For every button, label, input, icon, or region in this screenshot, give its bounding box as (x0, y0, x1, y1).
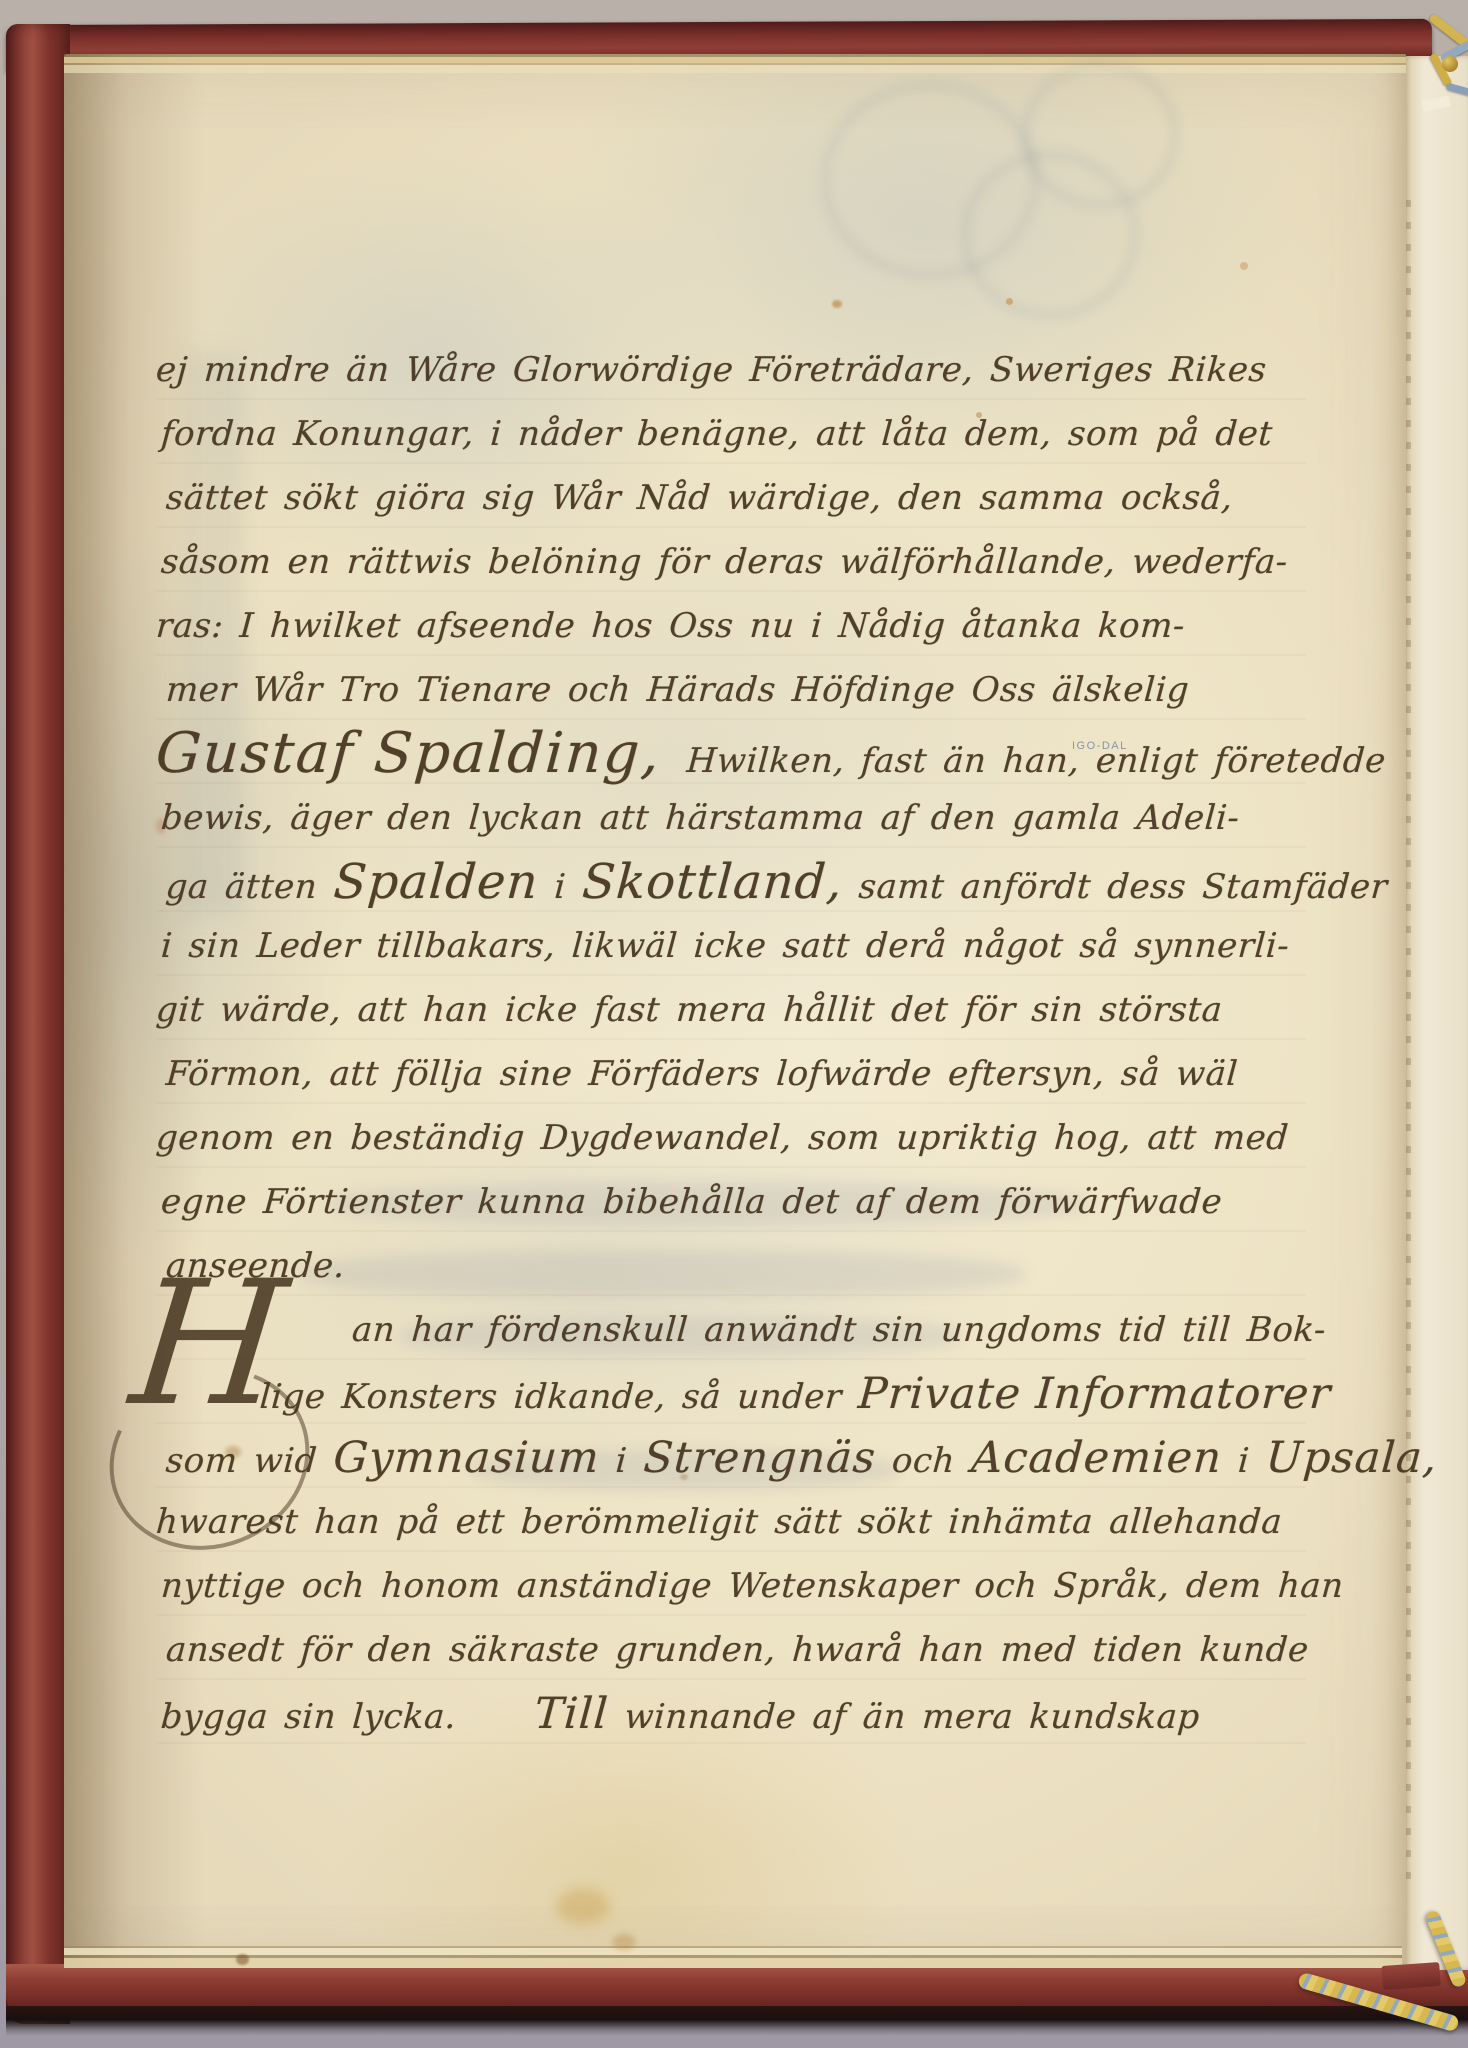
text-segment: fordna Konungar, i nåder benägne, att lå… (160, 414, 1274, 454)
stain (1240, 262, 1248, 270)
text-segment: Strengnäs (642, 1433, 878, 1483)
stain (236, 1954, 249, 1965)
text-segment: Hwilken, fast än han, enligt företedde (669, 741, 1387, 781)
text-segment: Private Informatorer (856, 1369, 1332, 1419)
text-segment: Gymnasium (332, 1433, 602, 1483)
manuscript-line: fordna Konungar, i nåder benägne, att lå… (154, 402, 1308, 466)
bleedthrough-ornament (1020, 60, 1180, 210)
text-segment: Gustaf Spalding, (154, 721, 673, 786)
text-segment: i (1220, 1441, 1267, 1481)
text-segment: i (537, 867, 584, 907)
text-segment: ansedt för den säkraste grunden, hwarå h… (165, 1630, 1310, 1670)
text-segment: genom en beständig Dygdewandel, som upri… (155, 1118, 1290, 1158)
stain (832, 300, 842, 308)
manuscript-line: an har fördenskull anwändt sin ungdoms t… (154, 1298, 1308, 1362)
text-segment: Skottland, (580, 854, 844, 910)
text-segment: Spalden (332, 854, 541, 910)
text-segment: ej mindre än Wåre Glorwördige Företrädar… (155, 350, 1268, 390)
text-segment: samt anfördt dess Stamfäder (841, 867, 1389, 907)
manuscript-line: ej mindre än Wåre Glorwördige Företrädar… (154, 338, 1308, 402)
marginalia-text: IGO-DAL (1072, 740, 1128, 752)
manuscript-line: Gustaf Spalding, Hwilken, fast än han, e… (154, 722, 1308, 786)
manuscript-line: såsom en rättwis belöning för deras wälf… (154, 530, 1308, 594)
stain (556, 1888, 610, 1924)
manuscript-line: ga ätten Spalden i Skottland, samt anför… (154, 850, 1308, 914)
manuscript-line: i sin Leder tillbakars, likwäl icke satt… (154, 914, 1308, 978)
manuscript-line: mer Wår Tro Tienare och Härads Höfdinge … (154, 658, 1308, 722)
manuscript-line: anseende. (154, 1234, 1308, 1298)
text-segment: sättet sökt giöra sig Wår Nåd wärdige, d… (165, 478, 1234, 518)
text-segment: bygga sin lycka. (159, 1697, 457, 1737)
text-segment: an har fördenskull anwändt sin ungdoms t… (351, 1310, 1328, 1350)
endband-knot (1442, 56, 1458, 72)
manuscript-line: egne Förtienster kunna bibehålla det af … (154, 1170, 1308, 1234)
manuscript-line: som wid Gymnasium i Strengnäs och Academ… (154, 1426, 1308, 1490)
manuscript-line: bewis, äger den lyckan att härstamma af … (154, 786, 1308, 850)
manuscript-page: ej mindre än Wåre Glorwördige Företrädar… (64, 54, 1406, 1968)
text-segment: såsom en rättwis belöning för deras wälf… (160, 542, 1289, 582)
text-segment: egne Förtienster kunna bibehålla det af … (160, 1182, 1224, 1222)
text-segment: bewis, äger den lyckan att härstamma af … (160, 798, 1241, 838)
book-bottom-shadow (6, 2006, 1468, 2036)
text-segment: Academien (970, 1433, 1224, 1483)
manuscript-line: nyttige och honom anständige Wetenskaper… (154, 1554, 1308, 1618)
text-segment: Till (533, 1689, 610, 1739)
text-segment: i sin Leder tillbakars, likwäl icke satt… (160, 926, 1291, 966)
book-cover-left-edge (6, 24, 70, 2024)
manuscript-text: ej mindre än Wåre Glorwördige Företrädar… (156, 338, 1306, 1746)
text-segment: Förmon, att föllja sine Förfäders lofwär… (165, 1054, 1240, 1094)
text-segment: och (874, 1441, 972, 1481)
manuscript-line: hwarest han på ett berömmeligit sätt sök… (154, 1490, 1308, 1554)
facing-page-fore-edge (1402, 56, 1468, 1970)
text-segment: mer Wår Tro Tienare och Härads Höfdinge … (165, 670, 1191, 710)
manuscript-line: ras: I hwilket afseende hos Oss nu i Nåd… (154, 594, 1308, 658)
manuscript-line: ansedt för den säkraste grunden, hwarå h… (154, 1618, 1308, 1682)
manuscript-line: genom en beständig Dygdewandel, som upri… (154, 1106, 1308, 1170)
text-segment: ga ätten (164, 867, 335, 907)
stain (1006, 298, 1013, 305)
photo-background: ej mindre än Wåre Glorwördige Företrädar… (0, 0, 1468, 2048)
page-top-edge (64, 54, 1406, 80)
manuscript-line: Förmon, att föllja sine Förfäders lofwär… (154, 1042, 1308, 1106)
manuscript-line: bygga sin lycka.Till winnande af än mera… (154, 1682, 1308, 1746)
text-segment: i (598, 1441, 645, 1481)
leather-corner-tab (1381, 1962, 1441, 1990)
text-segment: lige Konsters idkande, så under (258, 1377, 859, 1417)
text-segment: git wärde, att han icke fast mera hållit… (155, 990, 1224, 1030)
manuscript-line: lige Konsters idkande, så under Private … (154, 1362, 1308, 1426)
text-segment: nyttige och honom anständige Wetenskaper… (160, 1566, 1345, 1606)
text-segment: Upsala, (1264, 1433, 1439, 1483)
stain (612, 1934, 636, 1950)
page-bottom-edge (64, 1942, 1402, 1968)
text-segment: ras: I hwilket afseende hos Oss nu i Nåd… (155, 606, 1187, 646)
manuscript-line: sättet sökt giöra sig Wår Nåd wärdige, d… (154, 466, 1308, 530)
text-segment: winnande af än mera kundskap (607, 1697, 1201, 1737)
text-segment: hwarest han på ett berömmeligit sätt sök… (155, 1502, 1284, 1542)
manuscript-line: git wärde, att han icke fast mera hållit… (154, 978, 1308, 1042)
